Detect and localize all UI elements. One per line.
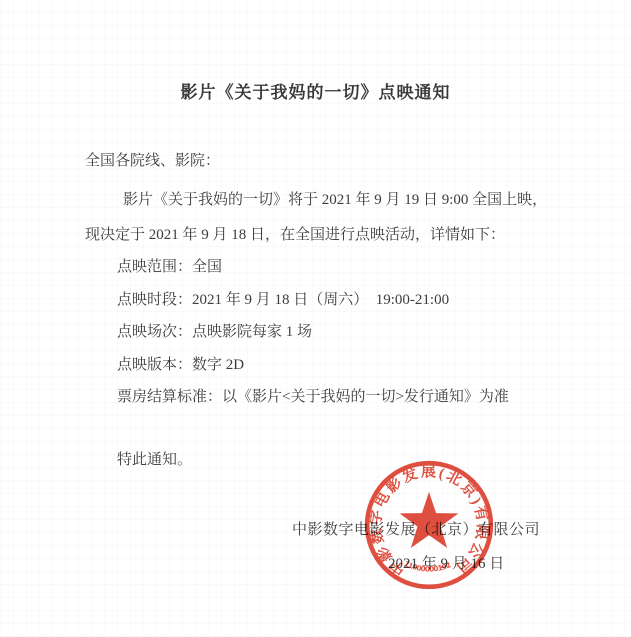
detail-time: 点映时段：2021 年 9 月 18 日（周六） 19:00-21:00 — [117, 284, 577, 317]
salutation-line: 全国各院线、影院： — [85, 149, 220, 170]
detail-boxoffice: 票房结算标准：以《影片<关于我妈的一切>发行通知》为准 — [117, 381, 577, 414]
paragraph-line: 影片《关于我妈的一切》将于 2021 年 9 月 19 日 9:00 全国上映， — [85, 183, 560, 218]
screening-details-list: 点映范围：全国 点映时段：2021 年 9 月 18 日（周六） 19:00-2… — [117, 251, 577, 414]
detail-scope: 点映范围：全国 — [117, 251, 577, 284]
signature-date: 2021 年 9 月 16 日 — [388, 552, 504, 573]
paragraph-line: 现决定于 2021 年 9 月 18 日，在全国进行点映活动，详情如下： — [85, 218, 560, 253]
detail-sessions: 点映场次：点映影院每家 1 场 — [117, 316, 577, 349]
detail-version: 点映版本：数字 2D — [117, 349, 577, 382]
intro-paragraph: 影片《关于我妈的一切》将于 2021 年 9 月 19 日 9:00 全国上映，… — [85, 183, 560, 253]
signature-company: 中影数字电影发展（北京）有限公司 — [292, 518, 540, 539]
notice-document: 影片《关于我妈的一切》点映通知 全国各院线、影院： 影片《关于我妈的一切》将于 … — [0, 0, 631, 637]
document-title: 影片《关于我妈的一切》点映通知 — [0, 78, 631, 103]
closing-line: 特此通知。 — [117, 448, 192, 469]
